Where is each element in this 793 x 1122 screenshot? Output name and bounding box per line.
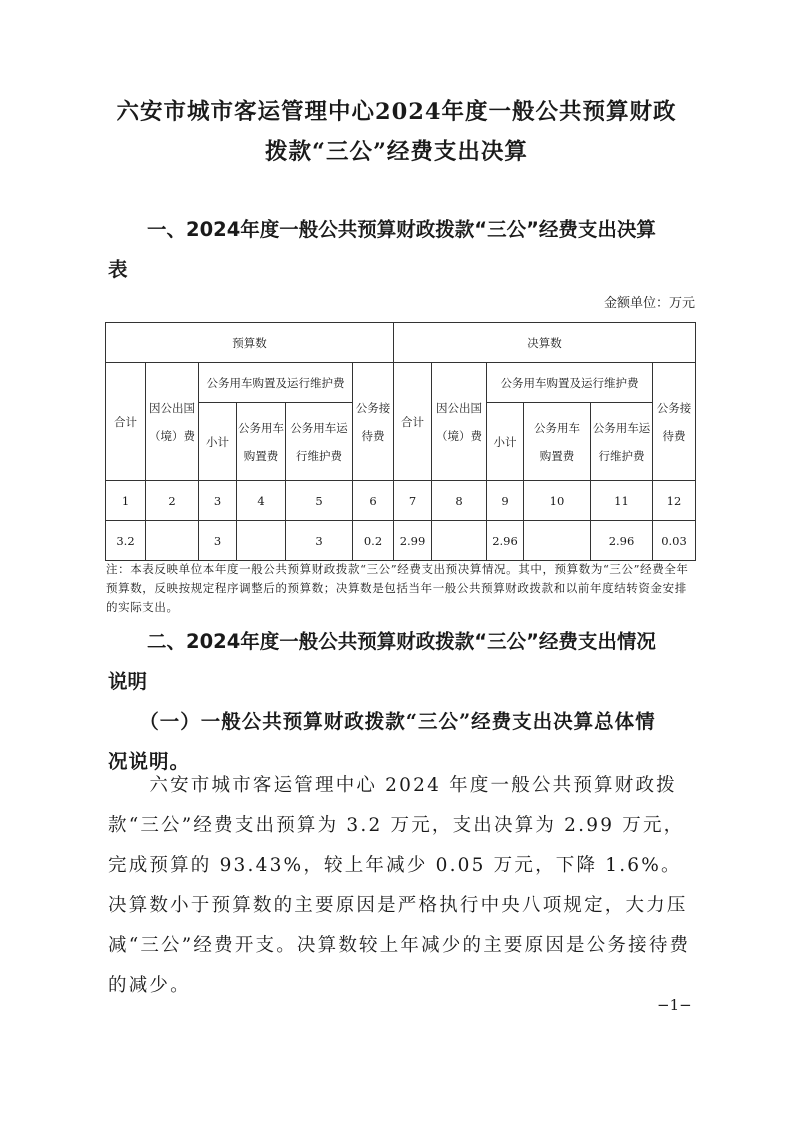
three-public-expenses-table: 预算数 决算数 合计 因公出国 （境）费 公务用车购置及运行维护费 公务接 待费… — [105, 322, 696, 561]
page-number: −1− — [657, 996, 692, 1014]
header-text: 购置费 — [237, 442, 285, 470]
header-text: 因公出国 — [432, 394, 486, 422]
budget-total-header: 合计 — [106, 363, 146, 481]
column-header-row-1: 合计 因公出国 （境）费 公务用车购置及运行维护费 公务接 待费 合计 因公出国… — [106, 363, 696, 403]
value-cell — [237, 521, 286, 561]
header-text: 行维护费 — [286, 442, 352, 470]
document-title-line1: 六安市城市客运管理中心2024年度一般公共预算财政 — [0, 92, 793, 132]
document-title-line2: 拨款“三公”经费支出决算 — [0, 132, 793, 172]
value-cell: 2.96 — [487, 521, 524, 561]
index-cell: 11 — [591, 481, 653, 521]
header-text: 购置费 — [524, 442, 590, 470]
value-cell: 3 — [286, 521, 353, 561]
budget-group-header: 预算数 — [106, 323, 394, 363]
final-vehicle-operation-header: 公务用车运 行维护费 — [591, 403, 653, 481]
value-cell: 2.96 — [591, 521, 653, 561]
section2-heading: 二、2024年度一般公共预算财政拨款“三公”经费支出情况 说明 — [108, 622, 698, 702]
table-note: 注：本表反映单位本年度一般公共预算财政拨款“三公”经费支出预决算情况。其中，预算… — [106, 560, 696, 617]
unit-label: 金额单位：万元 — [604, 292, 695, 311]
budget-vehicle-group-header: 公务用车购置及运行维护费 — [199, 363, 353, 403]
budget-vehicle-operation-header: 公务用车运 行维护费 — [286, 403, 353, 481]
final-reception-header: 公务接 待费 — [653, 363, 696, 481]
header-text: 待费 — [653, 422, 695, 450]
header-text: 公务接 — [653, 394, 695, 422]
header-text: （境）费 — [146, 422, 198, 450]
final-total-header: 合计 — [394, 363, 432, 481]
section1-heading: 一、2024年度一般公共预算财政拨款“三公”经费支出决算 表 — [108, 210, 698, 290]
index-row: 1 2 3 4 5 6 7 8 9 10 11 12 — [106, 481, 696, 521]
group-header-row: 预算数 决算数 — [106, 323, 696, 363]
value-cell: 3.2 — [106, 521, 146, 561]
value-cell: 0.03 — [653, 521, 696, 561]
index-cell: 5 — [286, 481, 353, 521]
final-vehicle-group-header: 公务用车购置及运行维护费 — [487, 363, 653, 403]
index-cell: 2 — [146, 481, 199, 521]
header-text: 公务用车 — [237, 414, 285, 442]
final-group-header: 决算数 — [394, 323, 696, 363]
header-text: 公务用车运 — [591, 414, 652, 442]
header-text: 公务用车 — [524, 414, 590, 442]
index-cell: 3 — [199, 481, 237, 521]
section2-heading-line1: 二、2024年度一般公共预算财政拨款“三公”经费支出情况 — [108, 622, 698, 662]
section1-heading-line1: 一、2024年度一般公共预算财政拨款“三公”经费支出决算 — [108, 210, 698, 250]
budget-reception-header: 公务接 待费 — [353, 363, 394, 481]
value-cell: 2.99 — [394, 521, 432, 561]
final-subtotal-header: 小计 — [487, 403, 524, 481]
budget-subtotal-header: 小计 — [199, 403, 237, 481]
final-abroad-header: 因公出国 （境）费 — [432, 363, 487, 481]
header-text: 待费 — [353, 422, 393, 450]
index-cell: 1 — [106, 481, 146, 521]
index-cell: 4 — [237, 481, 286, 521]
value-cell — [146, 521, 199, 561]
subsection1-heading-line1: （一）一般公共预算财政拨款“三公”经费支出决算总体情 — [108, 702, 698, 742]
value-cell: 0.2 — [353, 521, 394, 561]
value-cell: 3 — [199, 521, 237, 561]
index-cell: 12 — [653, 481, 696, 521]
final-vehicle-purchase-header: 公务用车 购置费 — [524, 403, 591, 481]
header-text: 因公出国 — [146, 394, 198, 422]
index-cell: 9 — [487, 481, 524, 521]
value-row: 3.2 3 3 0.2 2.99 2.96 2.96 0.03 — [106, 521, 696, 561]
section2-heading-line2: 说明 — [108, 662, 698, 702]
value-cell — [524, 521, 591, 561]
index-cell: 6 — [353, 481, 394, 521]
index-cell: 7 — [394, 481, 432, 521]
header-text: （境）费 — [432, 422, 486, 450]
value-cell — [432, 521, 487, 561]
header-text: 行维护费 — [591, 442, 652, 470]
budget-vehicle-purchase-header: 公务用车 购置费 — [237, 403, 286, 481]
body-paragraph: 六安市城市客运管理中心 2024 年度一般公共预算财政拨款“三公”经费支出预算为… — [108, 766, 698, 1006]
section1-heading-line2: 表 — [108, 250, 698, 290]
header-text: 公务接 — [353, 394, 393, 422]
index-cell: 8 — [432, 481, 487, 521]
budget-abroad-header: 因公出国 （境）费 — [146, 363, 199, 481]
index-cell: 10 — [524, 481, 591, 521]
header-text: 公务用车运 — [286, 414, 352, 442]
